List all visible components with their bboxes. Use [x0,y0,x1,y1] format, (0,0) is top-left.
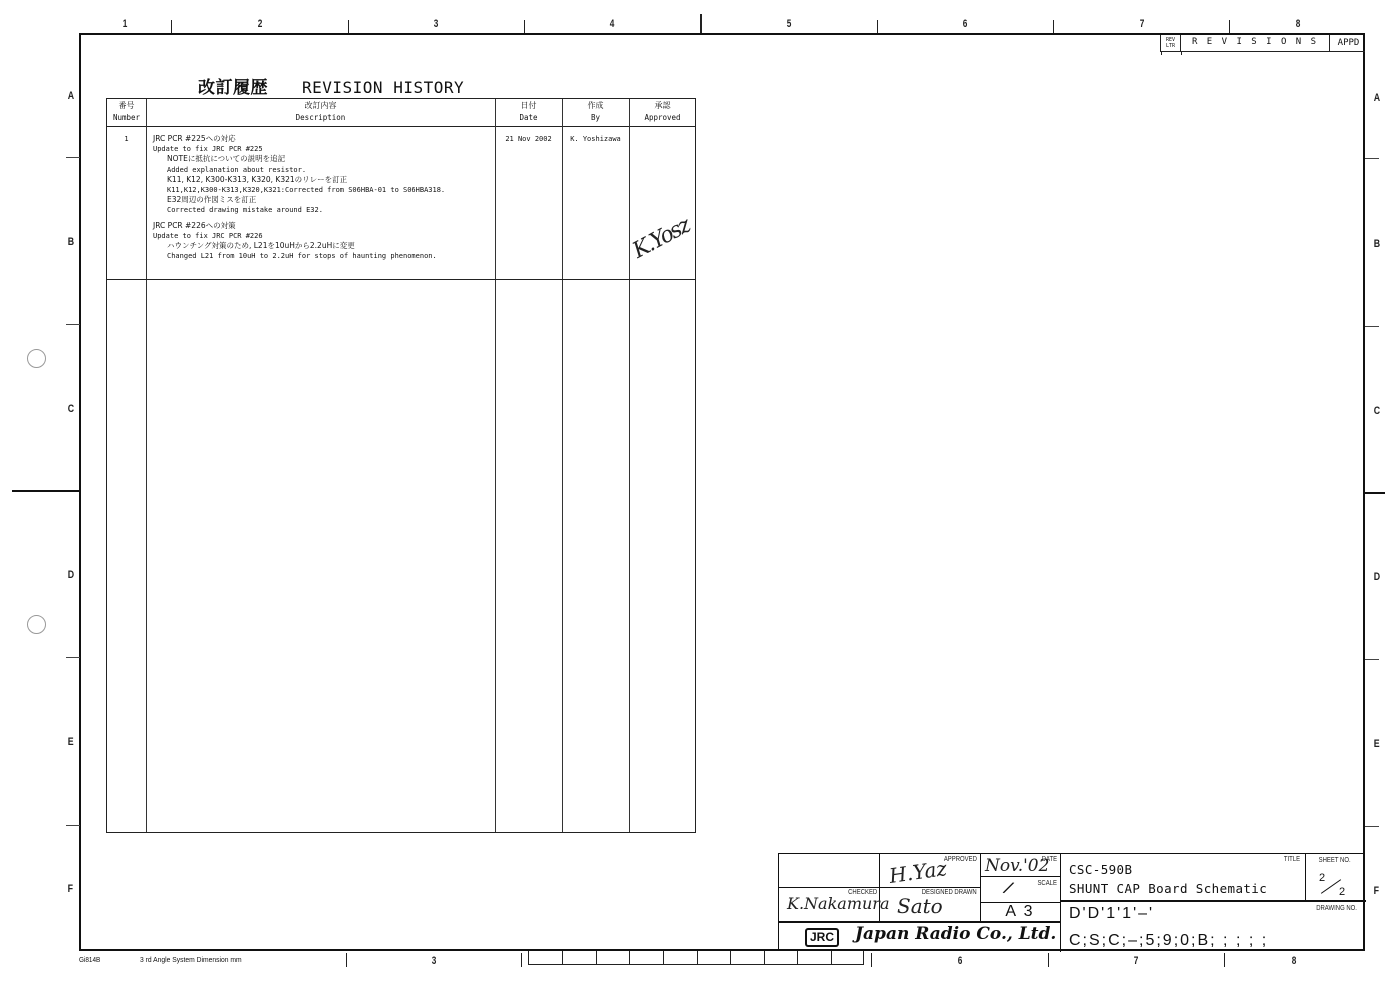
zone-row-f-right: F [1374,885,1379,897]
zone-tick [1365,326,1379,327]
revision-by: K. Yoshizawa [562,134,629,144]
paper-size: A 3 [980,903,1060,921]
zone-tick [66,324,80,325]
header-number-jp: 番号 [107,100,146,112]
divider [779,921,1061,923]
approved-signature: H.Yaz [888,856,949,888]
approved-signature: K.Yosz [629,213,694,263]
projection-note: 3 rd Angle System Dimension mm [140,955,242,964]
revisions-label: R E V I S I O N S [1181,37,1329,47]
drawing-number-line-2: C;S;C;–;5;9;0;B; ; ; ; ; [1069,932,1268,950]
zone-col-7: 7 [1140,18,1145,30]
zone-tick [66,157,80,158]
divider [1305,854,1306,901]
rev-ltr-label: REV LTR [1161,35,1181,51]
zone-tick [1229,20,1230,34]
zone-tick [1048,953,1049,967]
header-number: 番号 Number [107,99,146,126]
checked-signature: K.Nakamura [787,894,889,913]
zone-tick-center [12,490,80,492]
divider [980,876,1060,877]
zone-col-4: 4 [610,18,615,30]
zone-tick [348,20,349,34]
designed-signature: Sato [897,894,943,918]
zone-tick [346,953,347,967]
desc-line: K11, K12, K300-K313, K320, K321のリレーを訂正 [153,175,445,185]
title-line-2: SHUNT CAP Board Schematic [1069,881,1267,896]
scale-segment [562,951,563,964]
header-approved-en: Approved [629,112,696,124]
sheet-number: 2 [1319,872,1325,884]
desc-line: Update to fix JRC PCR #225 [153,144,445,154]
desc-line: ハウンチング対策のため, L21を10uHから2.2uHに変更 [153,241,445,251]
divider [779,887,879,888]
header-number-en: Number [107,112,146,124]
revision-history-title-en: REVISION HISTORY [302,78,464,97]
sheet-total: 2 [1339,886,1345,898]
scale-label: SCALE [1037,880,1057,887]
scale-segment [697,951,698,964]
desc-line: NOTEに抵抗についての説明を追記 [153,154,445,164]
scale-segment [831,951,832,964]
header-approved-jp: 承認 [629,100,696,112]
revision-history-title-jp: 改訂履歴 [198,78,268,98]
desc-line: E32周辺の作図ミスを訂正 [153,195,445,205]
tick [1161,51,1162,55]
zone-col-8: 8 [1296,18,1301,30]
zone-tick [877,20,878,34]
divider [1060,854,1061,952]
zone-tick [171,20,172,34]
zone-tick-center [1365,492,1385,494]
sheet-no-label: SHEET NO. [1319,857,1351,864]
zone-row-d-left: D [68,569,74,581]
zone-row-f-left: F [68,883,73,895]
header-by: 作成 By [562,99,629,126]
header-date-en: Date [495,112,562,124]
zone-row-e-right: E [1374,738,1380,750]
tick [1181,51,1182,55]
jrc-logo: JRC [805,928,839,947]
zone-col-3: 3 [434,18,439,30]
header-by-en: By [562,112,629,124]
desc-line: JRC PCR #226への対策 [153,221,445,231]
revision-date: 21 Nov 2002 [495,134,562,144]
zone-row-d-right: D [1374,571,1380,583]
zone-col-5: 5 [787,18,792,30]
zone-row-c-left: C [68,403,74,415]
desc-line: Corrected drawing mistake around E32. [153,205,445,215]
title-block: APPROVED H.Yaz DATE Nov.'02 SCALE / CHEC… [778,853,1365,951]
header-description: 改訂内容 Description [146,99,495,126]
desc-line: Changed L21 from 10uH to 2.2uH for stops… [153,251,445,261]
revision-history-table: 番号 Number 改訂内容 Description 日付 Date 作成 By… [106,98,696,833]
zone-tick [1365,826,1379,827]
scale-segment [596,951,597,964]
header-approved: 承認 Approved [629,99,696,126]
revision-number: 1 [107,134,146,144]
scale-value: / [1001,877,1017,898]
zone-tick [66,657,80,658]
zone-tick [524,20,525,34]
zone-row-b-right: B [1374,238,1380,250]
scale-segment [764,951,765,964]
desc-line: Added explanation about resistor. [153,165,445,175]
date-value: Nov.'02 [985,856,1049,876]
binder-hole-icon [27,349,46,368]
desc-line: JRC PCR #225への対応 [153,134,445,144]
zone-row-c-right: C [1374,405,1380,417]
header-date: 日付 Date [495,99,562,126]
table-header-row: 番号 Number 改訂内容 Description 日付 Date 作成 By… [107,99,695,127]
appd-label: APPD [1329,35,1367,51]
zone-tick [1224,953,1225,967]
zone-tick [66,825,80,826]
drawing-number-line-1: D'D'1'1'–' [1069,905,1154,923]
scale-segment [730,951,731,964]
approved-label: APPROVED [944,856,977,863]
scale-segment [629,951,630,964]
zone-tick [1365,659,1379,660]
zone-tick [521,953,522,967]
zone-row-a-left: A [68,90,74,102]
desc-line: Update to fix JRC PCR #226 [153,231,445,241]
company-name: Japan Radio Co., Ltd. [855,924,1056,944]
scale-segment [797,951,798,964]
header-date-jp: 日付 [495,100,562,112]
zone-tick [871,953,872,967]
zone-col-bottom-3: 3 [432,955,437,967]
zone-row-b-left: B [68,236,74,248]
scale-bar [528,951,864,965]
title-label: TITLE [1284,856,1300,863]
title-line-1: CSC-590B [1069,862,1132,877]
header-by-jp: 作成 [562,100,629,112]
divider [1060,900,1366,902]
binder-hole-icon [27,615,46,634]
revisions-block: REV LTR R E V I S I O N S APPD [1160,35,1365,52]
zone-row-a-right: A [1374,92,1380,104]
revision-history-title: 改訂履歴REVISION HISTORY [198,73,464,98]
zone-col-2: 2 [258,18,263,30]
zone-col-bottom-7: 7 [1134,955,1139,967]
form-code: Gi814B [79,955,100,964]
zone-row-e-left: E [68,736,74,748]
zone-tick [1365,158,1379,159]
header-description-jp: 改訂内容 [146,100,495,112]
revision-description: JRC PCR #225への対応 Update to fix JRC PCR #… [153,134,445,261]
scale-segment [663,951,664,964]
zone-tick [1053,20,1054,34]
table-row: 1 JRC PCR #225への対応 Update to fix JRC PCR… [107,126,695,280]
zone-col-bottom-8: 8 [1292,955,1297,967]
zone-tick-center [700,14,702,34]
zone-col-bottom-6: 6 [958,955,963,967]
desc-line: K11,K12,K300-K313,K320,K321:Corrected fr… [153,185,445,195]
zone-col-1: 1 [123,18,128,30]
drawing-no-label: DRAWING NO. [1316,905,1357,912]
zone-col-6: 6 [963,18,968,30]
header-description-en: Description [146,112,495,124]
